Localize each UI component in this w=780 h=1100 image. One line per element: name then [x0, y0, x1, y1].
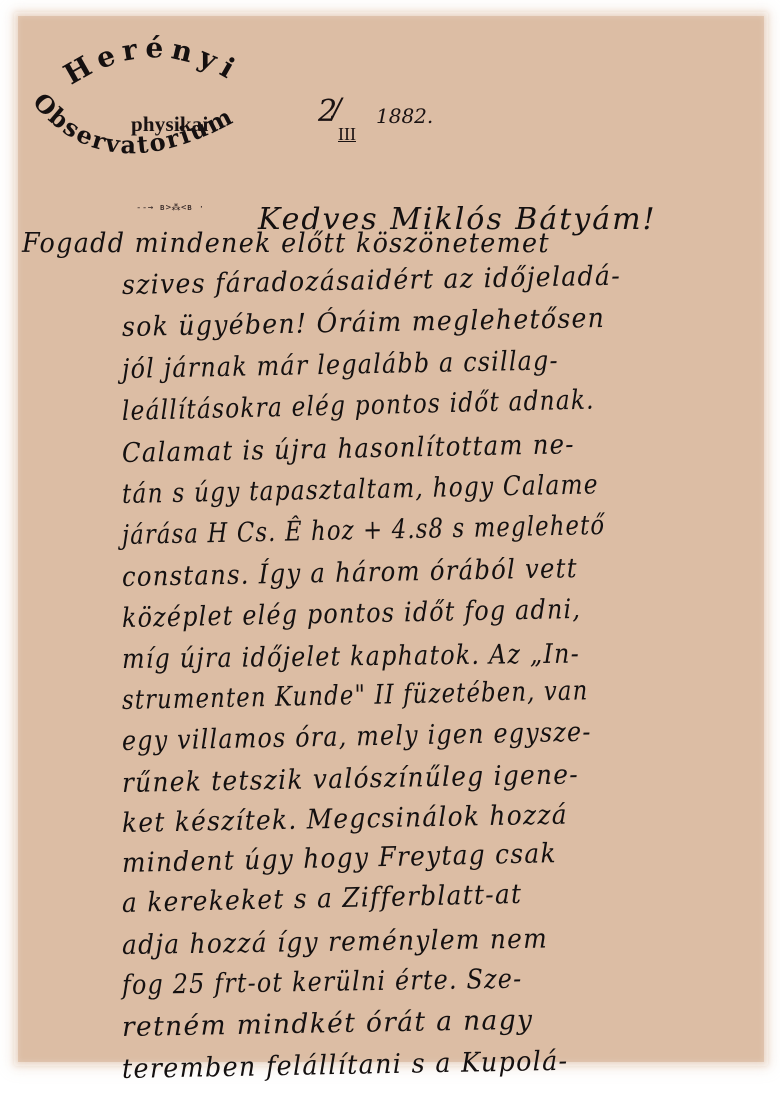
letter-line: constans. Így a három órából vett: [122, 553, 578, 593]
letter-line: teremben felállítani s a Kupolá-: [122, 1046, 569, 1085]
letterhead-stamp: Herényi Observatorium physikai --→ ʙ>⁂<ʙ…: [18, 16, 318, 216]
letter-line: ket készítek. Megcsinálok hozzá: [122, 800, 568, 839]
letter-line: tán s úgy tapasztaltam, hogy Calame: [122, 469, 599, 510]
date-slash: /: [332, 92, 341, 125]
letter-line: Calamat is újra hasonlítottam ne-: [122, 429, 575, 469]
letter-line: strumenten Kunde" II füzetében, van: [122, 675, 589, 716]
letterhead-herenyi: Herényi: [58, 31, 246, 91]
letter-line: a kerekeket s a Zifferblatt-at: [122, 879, 523, 919]
letter-line: Fogadd mindenek előtt köszönetemet: [22, 228, 550, 259]
letter-line: jól járnak már legalább a csillag-: [122, 345, 559, 385]
date-month: III: [338, 124, 356, 145]
letter-line: fog 25 frt-ot kerülni érte. Sze-: [122, 964, 523, 1001]
letter-line: adja hozzá így reménylem nem: [122, 924, 548, 961]
letter-line: retném mindkét órát a nagy: [122, 1005, 534, 1043]
date-year: 1882.: [376, 104, 433, 128]
letter-line: sok ügyében! Óráim meglehetősen: [122, 303, 606, 343]
letter-line: járása H Cs. Ê hoz + 4.s8 s meglehető: [122, 510, 606, 551]
ornament-divider: --→ ʙ>⁂<ʙ ·: [136, 203, 205, 213]
letter-line: szives fáradozásaidért az időjeladá-: [122, 261, 621, 301]
letter-line: egy villamos óra, mely igen egysze-: [122, 717, 592, 757]
letter-line: míg újra időjelet kaphatok. Az „In-: [122, 639, 580, 675]
letter-line: leállításokra elég pontos időt adnak.: [122, 384, 595, 427]
letterhead-physikai: physikai: [131, 112, 208, 137]
letter-line: mindent úgy hogy Freytag csak: [122, 838, 557, 879]
letter-line: középlet elég pontos időt fog adni,: [122, 594, 582, 634]
letter-paper: Herényi Observatorium physikai --→ ʙ>⁂<ʙ…: [18, 16, 764, 1062]
letter-line: rűnek tetszik valószínűleg igene-: [122, 759, 579, 799]
